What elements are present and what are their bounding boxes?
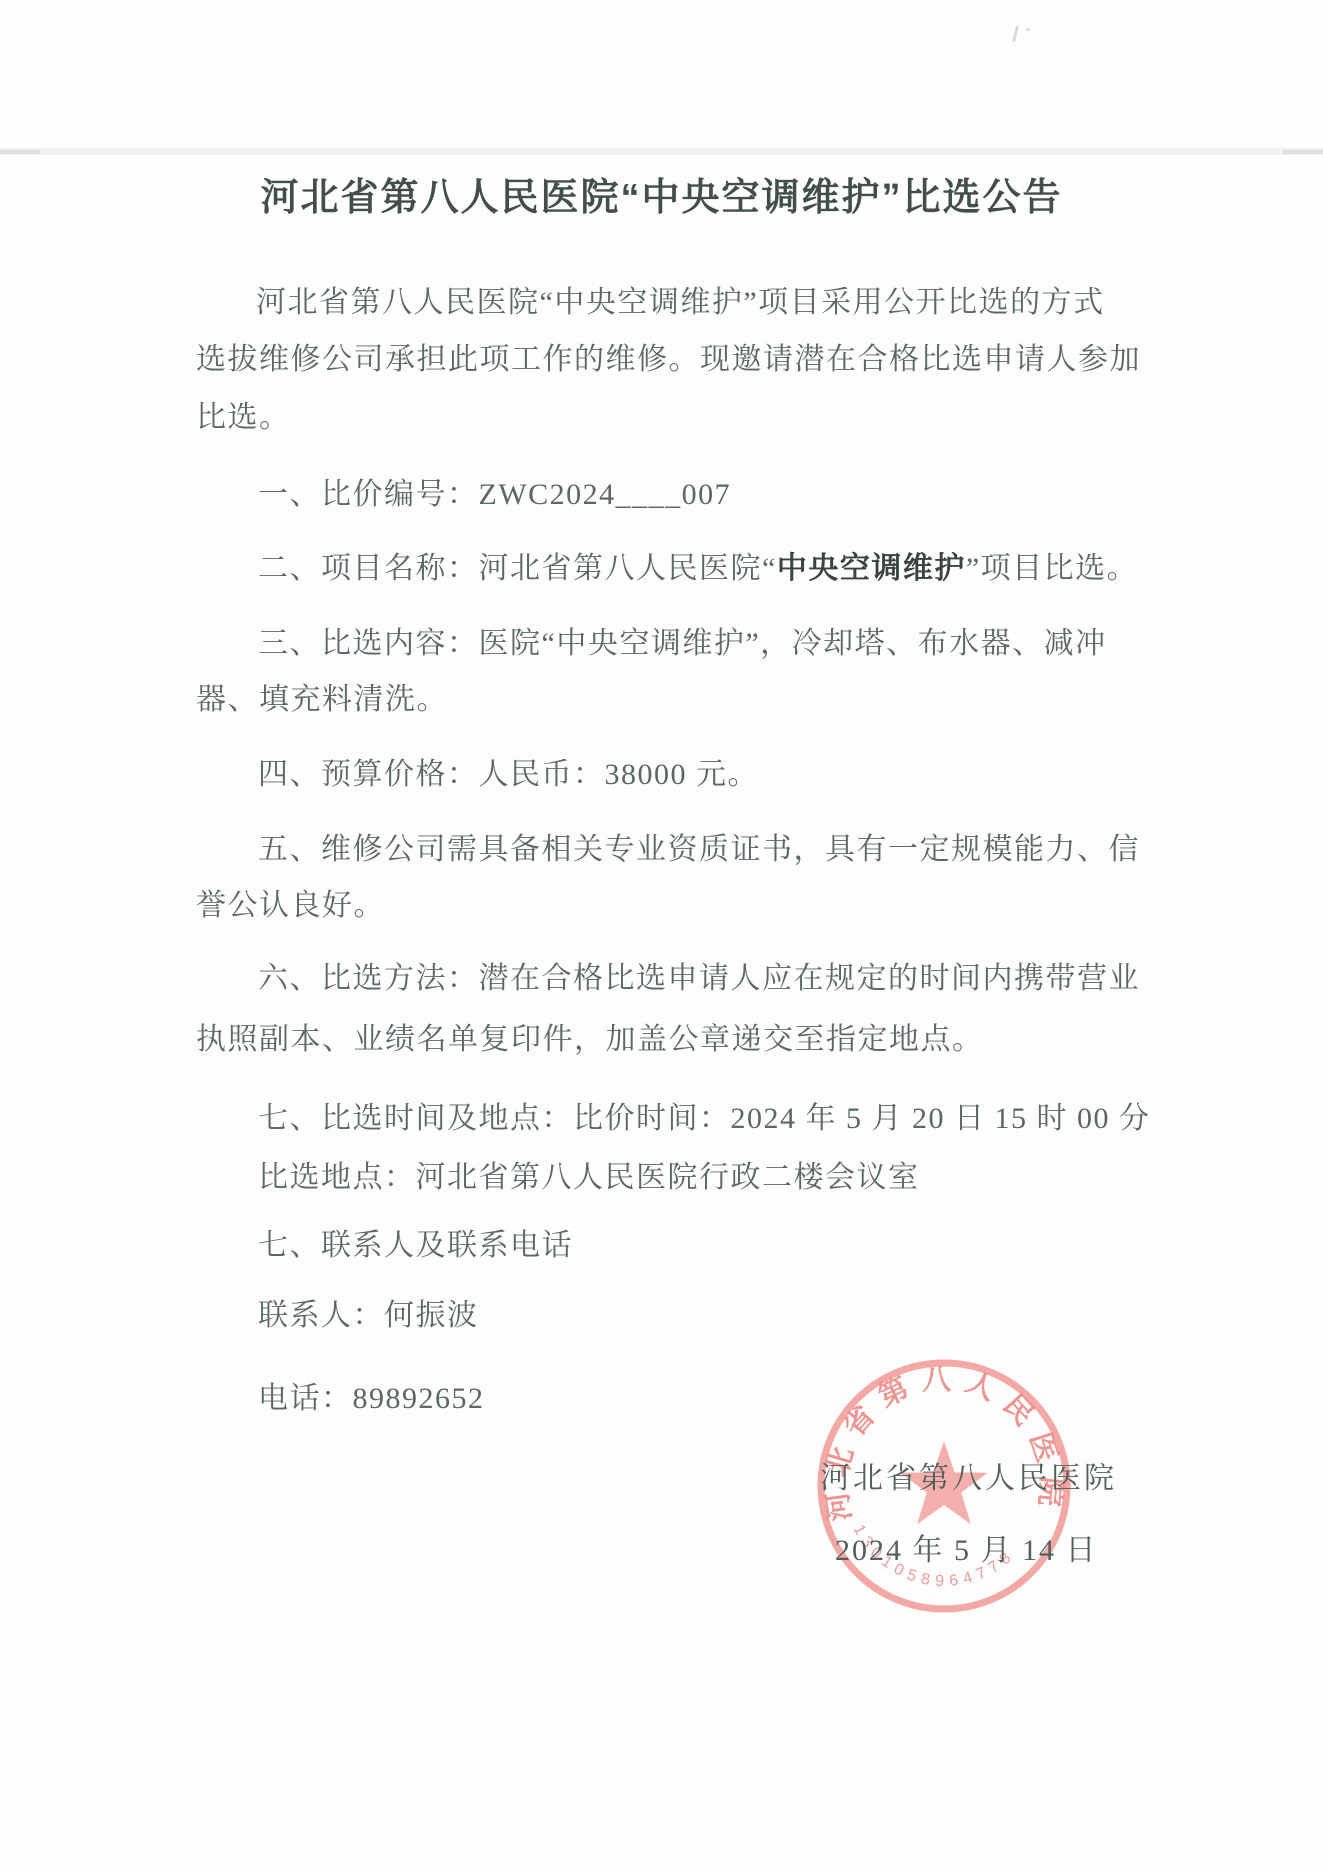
scan-speck	[1012, 26, 1019, 42]
item-2-suffix: ”项目比选。	[966, 552, 1138, 585]
scan-speck-dot	[1026, 28, 1030, 31]
item-4-budget: 四、预算价格：人民币：38000 元。	[258, 758, 759, 793]
item-2-project-name: 二、项目名称：河北省第八人民医院“中央空调维护”项目比选。	[258, 552, 1138, 587]
item-7-time-place-line-2: 比选地点：河北省第八人民医院行政二楼会议室	[258, 1161, 920, 1196]
item-7-time-place-line-1: 七、比选时间及地点：比价时间：2024 年 5 月 20 日 15 时 00 分	[258, 1102, 1151, 1137]
item-1-price-code: 一、比价编号：ZWC2024____007	[258, 478, 731, 513]
signature-organization: 河北省第八人民医院	[820, 1462, 1117, 1497]
item-2-bold-segment: 中央空调维护	[777, 552, 966, 585]
signature-date: 2024 年 5 月 14 日	[835, 1534, 1098, 1569]
scan-artifact-right	[1283, 150, 1323, 154]
scanned-document-page: 河北省第八人民医院“中央空调维护”比选公告 河北省第八人民医院“中央空调维护”项…	[0, 0, 1323, 1872]
scan-artifact-band	[0, 148, 1323, 155]
intro-line-1: 河北省第八人民医院“中央空调维护”项目采用公开比选的方式	[256, 286, 1105, 321]
item-8-contact-heading: 七、联系人及联系电话	[258, 1229, 573, 1264]
item-3-content-line-2: 器、填充料清洗。	[196, 683, 448, 718]
intro-line-3: 比选。	[196, 401, 291, 436]
item-6-method-line-2: 执照副本、业绩名单复印件，加盖公章递交至指定地点。	[196, 1023, 984, 1058]
item-3-content-line-1: 三、比选内容：医院“中央空调维护”，冷却塔、布水器、减冲	[258, 627, 1107, 662]
intro-line-2: 选拔维修公司承担此项工作的维修。现邀请潜在合格比选申请人参加	[196, 343, 1141, 378]
item-5-qualification-line-2: 誉公认良好。	[196, 889, 385, 924]
contact-phone: 电话：89892652	[258, 1382, 485, 1417]
item-5-qualification-line-1: 五、维修公司需具备相关专业资质证书，具有一定规模能力、信	[258, 833, 1140, 868]
scan-artifact-left	[0, 150, 40, 154]
item-2-prefix: 二、项目名称：河北省第八人民医院“	[258, 552, 777, 585]
item-6-method-line-1: 六、比选方法：潜在合格比选申请人应在规定的时间内携带营业	[258, 962, 1140, 997]
document-title: 河北省第八人民医院“中央空调维护”比选公告	[0, 166, 1323, 221]
contact-person: 联系人：何振波	[258, 1299, 479, 1334]
